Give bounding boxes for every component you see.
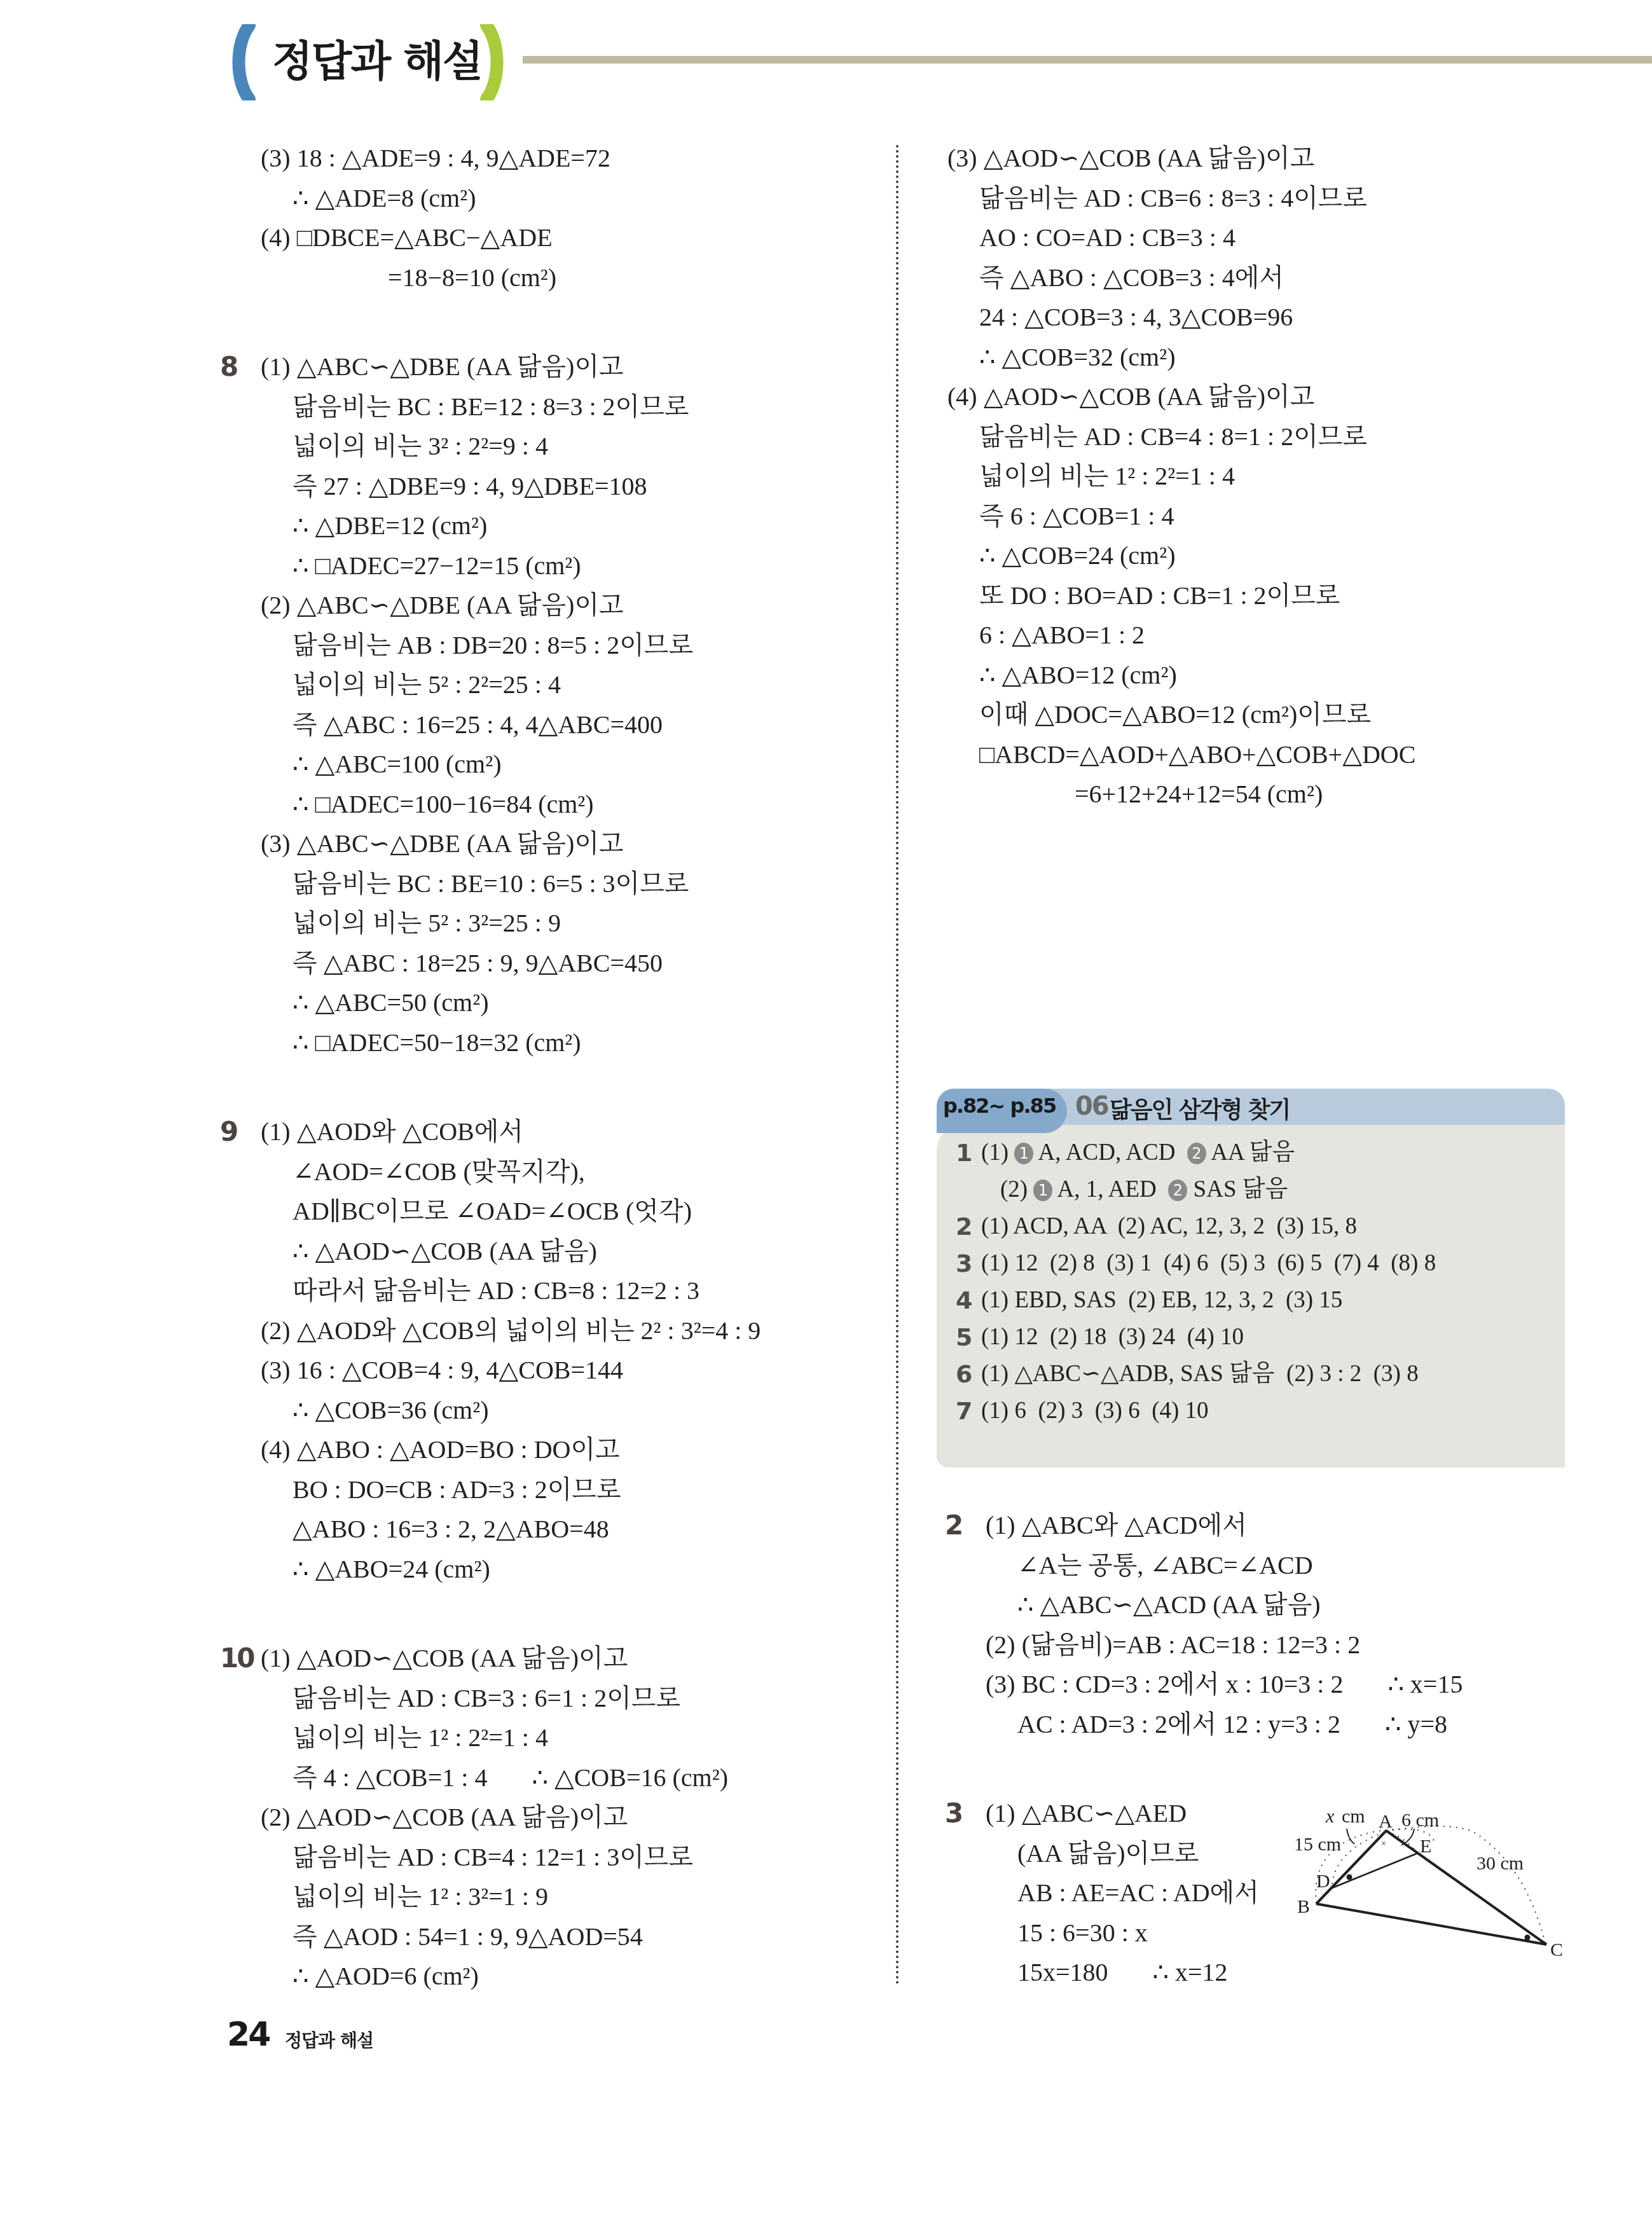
- line-text: (1) △AOD∽△COB (AA 닮음)이고: [261, 1644, 628, 1672]
- solution-line: ∴ □ADEC=27−12=15 (cm²): [223, 546, 878, 586]
- answer-item: 3(1) 12 (2) 8 (3) 1 (4) 6 (5) 3 (6) 5 (7…: [956, 1245, 1436, 1282]
- label-ab: 15 cm: [1294, 1834, 1341, 1855]
- solution-line: ∴ □ADEC=100−16=84 (cm²): [223, 785, 878, 825]
- answer-item: 1(1) 1 A, ACD, ACD 2 AA 닮음: [956, 1134, 1436, 1171]
- page-range-tag: p.82~ p.85: [937, 1089, 1067, 1133]
- answer-item: 4(1) EBD, SAS (2) EB, 12, 3, 2 (3) 15: [956, 1282, 1436, 1319]
- question-number: 9: [220, 1112, 237, 1152]
- line-text: AO : CO=AD : CB=3 : 4: [979, 223, 1236, 252]
- solution-line: 닮음비는 AD : CB=3 : 6=1 : 2이므로: [223, 1679, 878, 1719]
- question-line: 9(1) △AOD와 △COB에서: [223, 1112, 878, 1152]
- line-text: 즉 △ABO : △COB=3 : 4에서: [979, 263, 1284, 292]
- line-text: (2) (닮음비)=AB : AC=18 : 12=3 : 2: [986, 1630, 1360, 1659]
- solution-line: (2) △AOD∽△COB (AA 닮음)이고: [223, 1798, 878, 1838]
- line-text: 넓이의 비는 3² : 2²=9 : 4: [293, 432, 548, 460]
- question-number: 10: [220, 1639, 253, 1679]
- solution-line: (4) △ABO : △AOD=BO : DO이고: [223, 1430, 878, 1470]
- line-text: (2) △ABC∽△DBE (AA 닮음)이고: [261, 591, 624, 619]
- solution-line: ∠A는 공통, ∠ABC=∠ACD: [947, 1546, 1583, 1586]
- answer-text: A, ACD, ACD: [1033, 1139, 1187, 1166]
- solution-line: 즉 27 : △DBE=9 : 4, 9△DBE=108: [223, 467, 878, 507]
- solution-line: 즉 4 : △COB=1 : 4 ∴ △COB=16 (cm²): [223, 1758, 878, 1798]
- line-text: ∴ △DBE=12 (cm²): [293, 511, 487, 540]
- question-line: 10(1) △AOD∽△COB (AA 닮음)이고: [223, 1639, 878, 1679]
- solution-line: ∴ △DBE=12 (cm²): [223, 506, 878, 546]
- line-text: 넓이의 비는 5² : 2²=25 : 4: [293, 670, 561, 699]
- solution-line: 넓이의 비는 5² : 3²=25 : 9: [223, 904, 878, 944]
- left-bracket-icon: [230, 24, 256, 100]
- line-text: ∴ △AOD∽△COB (AA 닮음): [293, 1237, 597, 1265]
- answer-item: 7(1) 6 (2) 3 (3) 6 (4) 10: [956, 1393, 1436, 1429]
- line-text: ∴ □ADEC=27−12=15 (cm²): [293, 551, 581, 580]
- question-line: 2(1) △ABC와 △ACD에서: [947, 1506, 1583, 1546]
- solution-line: ∴ △COB=32 (cm²): [947, 338, 1583, 378]
- line-text: 닮음비는 AB : DB=20 : 8=5 : 2이므로: [293, 631, 693, 659]
- question-number: 3: [945, 1794, 961, 1834]
- line-text: 6 : △ABO=1 : 2: [979, 621, 1145, 649]
- line-text: (4) △AOD∽△COB (AA 닮음)이고: [947, 382, 1314, 411]
- answer-text: AA 닮음: [1206, 1139, 1295, 1166]
- answer-text: (1) 6 (2) 3 (3) 6 (4) 10: [981, 1398, 1209, 1424]
- solution-line: ∴ □ADEC=50−18=32 (cm²): [223, 1023, 878, 1063]
- line-text: 따라서 닮음비는 AD : CB=8 : 12=2 : 3: [293, 1276, 699, 1305]
- line-text: (2) △AOD와 △COB의 넓이의 비는 2² : 3²=4 : 9: [261, 1316, 761, 1345]
- line-text: □ABCD=△AOD+△ABO+△COB+△DOC: [979, 740, 1415, 769]
- spacer: [223, 298, 878, 347]
- solution-line: (2) (닮음비)=AB : AC=18 : 12=3 : 2: [947, 1625, 1583, 1665]
- line-text: ∴ △ABO=12 (cm²): [979, 661, 1177, 689]
- solution-line: 즉 △AOD : 54=1 : 9, 9△AOD=54: [223, 1917, 878, 1957]
- line-text: ∴ △ABC=100 (cm²): [293, 750, 502, 778]
- solution-line: (4) □DBCE=△ABC−△ADE: [223, 218, 878, 258]
- solution-line: (3) BC : CD=3 : 2에서 x : 10=3 : 2 ∴ x=15: [947, 1665, 1583, 1705]
- circled-number-icon: 2: [1187, 1143, 1206, 1164]
- solution-line: 즉 △ABC : 16=25 : 4, 4△ABC=400: [223, 705, 878, 745]
- line-text: 이때 △DOC=△ABO=12 (cm²)이므로: [979, 700, 1371, 729]
- solution-line: 즉 6 : △COB=1 : 4: [947, 497, 1583, 537]
- answer-text: (1): [981, 1139, 1014, 1166]
- solution-line: AD∥BC이므로 ∠OAD=∠OCB (엇각): [223, 1192, 878, 1232]
- answer-item: 6(1) △ABC∽△ADB, SAS 닮음 (2) 3 : 2 (3) 8: [956, 1356, 1436, 1393]
- spacer: [223, 1063, 878, 1112]
- solution-line: =18−8=10 (cm²): [223, 258, 878, 298]
- line-text: AC : AD=3 : 2에서 12 : y=3 : 2 ∴ y=8: [1017, 1710, 1447, 1738]
- solution-line: 넓이의 비는 3² : 2²=9 : 4: [223, 427, 878, 467]
- solution-line: 닮음비는 BC : BE=10 : 6=5 : 3이므로: [223, 864, 878, 904]
- answer-text: (1) 12 (2) 8 (3) 1 (4) 6 (5) 3 (6) 5 (7)…: [981, 1250, 1436, 1276]
- line-text: (3) △ABC∽△DBE (AA 닮음)이고: [261, 829, 624, 858]
- answer-number: 3: [956, 1245, 972, 1282]
- solution-line: (3) △ABC∽△DBE (AA 닮음)이고: [223, 824, 878, 864]
- line-text: AD∥BC이므로 ∠OAD=∠OCB (엇각): [293, 1197, 692, 1225]
- line-text: ∴ □ADEC=50−18=32 (cm²): [293, 1028, 581, 1057]
- solution-line: ∴ △ABC=50 (cm²): [223, 983, 878, 1023]
- solution-line: □ABCD=△AOD+△ABO+△COB+△DOC: [947, 735, 1583, 775]
- solution-line: ∴ △ADE=8 (cm²): [223, 179, 878, 219]
- line-text: 즉 △ABC : 16=25 : 4, 4△ABC=400: [293, 710, 663, 739]
- solution-line: 이때 △DOC=△ABO=12 (cm²)이므로: [947, 695, 1583, 735]
- line-text: 닮음비는 AD : CB=3 : 6=1 : 2이므로: [293, 1684, 680, 1712]
- line-text: =18−8=10 (cm²): [388, 263, 556, 292]
- answer-list: 1(1) 1 A, ACD, ACD 2 AA 닮음(2) 1 A, 1, AE…: [956, 1134, 1436, 1429]
- answer-number: 7: [956, 1393, 972, 1429]
- circled-number-icon: 1: [1014, 1143, 1033, 1164]
- right-bracket-icon: [480, 24, 506, 100]
- line-text: △ABO : 16=3 : 2, 2△ABO=48: [293, 1515, 609, 1543]
- line-text: ∴ □ADEC=100−16=84 (cm²): [293, 790, 594, 818]
- answer-text: (1) 12 (2) 18 (3) 24 (4) 10: [981, 1324, 1244, 1350]
- line-text: 즉 △ABC : 18=25 : 9, 9△ABC=450: [293, 949, 663, 977]
- solution-line: ∴ △AOD=6 (cm²): [223, 1957, 878, 1997]
- line-text: (1) △ABC∽△AED: [986, 1799, 1187, 1827]
- solution-line: 넓이의 비는 5² : 2²=25 : 4: [223, 665, 878, 705]
- line-text: (2) △AOD∽△COB (AA 닮음)이고: [261, 1803, 628, 1831]
- triangle-diagram: × x cm A 6 cm 15 cm E 30 cm D B C: [1272, 1768, 1590, 1978]
- solution-line: ∴ △COB=36 (cm²): [223, 1391, 878, 1431]
- answer-text: A, 1, AED: [1052, 1176, 1168, 1202]
- line-text: ∴ △COB=24 (cm²): [979, 541, 1176, 570]
- solution-line: 넓이의 비는 1² : 2²=1 : 4: [947, 457, 1583, 497]
- svg-text:×: ×: [1381, 1840, 1386, 1849]
- solution-line: ∴ △AOD∽△COB (AA 닮음): [223, 1232, 878, 1272]
- answer-text: (2): [1000, 1176, 1033, 1202]
- answer-text: (1) ACD, AA (2) AC, 12, 3, 2 (3) 15, 8: [981, 1213, 1357, 1239]
- solution-line: AC : AD=3 : 2에서 12 : y=3 : 2 ∴ y=8: [947, 1705, 1583, 1745]
- label-ae: 6 cm: [1401, 1810, 1439, 1831]
- line-text: 즉 4 : △COB=1 : 4 ∴ △COB=16 (cm²): [293, 1763, 728, 1792]
- line-text: 닮음비는 BC : BE=12 : 8=3 : 2이므로: [293, 392, 689, 421]
- solution-line: 따라서 닮음비는 AD : CB=8 : 12=2 : 3: [223, 1271, 878, 1311]
- solution-line: 넓이의 비는 1² : 3²=1 : 9: [223, 1877, 878, 1917]
- solution-line: AO : CO=AD : CB=3 : 4: [947, 218, 1583, 258]
- answer-number: 2: [956, 1208, 972, 1245]
- solution-line: BO : DO=CB : AD=3 : 2이므로: [223, 1470, 878, 1510]
- line-text: ∴ △COB=36 (cm²): [293, 1396, 489, 1424]
- line-text: 닮음비는 AD : CB=4 : 8=1 : 2이므로: [979, 422, 1367, 451]
- page-number: 24: [227, 2016, 269, 2054]
- question-number: 2: [945, 1506, 961, 1546]
- solution-line: (2) △AOD와 △COB의 넓이의 비는 2² : 3²=4 : 9: [223, 1311, 878, 1351]
- line-text: (3) 16 : △COB=4 : 9, 4△COB=144: [261, 1356, 623, 1384]
- line-text: ∴ △COB=32 (cm²): [979, 343, 1176, 371]
- question-number: 8: [220, 347, 237, 387]
- page-range: p.82~ p.85: [943, 1094, 1056, 1118]
- answer-number: 5: [956, 1319, 972, 1356]
- solution-line: ∴ △ABC∽△ACD (AA 닮음): [947, 1585, 1583, 1625]
- solution-line: (2) △ABC∽△DBE (AA 닮음)이고: [223, 586, 878, 626]
- line-text: 24 : △COB=3 : 4, 3△COB=96: [979, 303, 1293, 331]
- line-text: 15 : 6=30 : x: [1017, 1918, 1148, 1947]
- line-text: ∴ △ABC=50 (cm²): [293, 988, 489, 1017]
- section-number: 06: [1075, 1092, 1108, 1121]
- spacer: [223, 1589, 878, 1639]
- line-text: (1) △ABC와 △ACD에서: [986, 1511, 1247, 1539]
- line-text: ∴ △AOD=6 (cm²): [293, 1962, 479, 1990]
- line-text: 닮음비는 AD : CB=6 : 8=3 : 4이므로: [979, 184, 1367, 212]
- line-text: BO : DO=CB : AD=3 : 2이므로: [293, 1475, 621, 1504]
- point-d: D: [1316, 1871, 1330, 1892]
- line-text: AB : AE=AC : AD에서: [1017, 1878, 1259, 1907]
- line-text: ∠AOD=∠COB (맞꼭지각),: [293, 1157, 585, 1186]
- line-text: 닮음비는 AD : CB=4 : 12=1 : 3이므로: [293, 1843, 693, 1871]
- page-header: 정답과 해설: [223, 24, 1652, 107]
- circled-number-icon: 2: [1168, 1180, 1187, 1201]
- solution-line: 또 DO : BO=AD : CB=1 : 2이므로: [947, 576, 1583, 616]
- header-rule: [523, 56, 1652, 64]
- point-a: A: [1379, 1811, 1393, 1832]
- line-text: 넓이의 비는 1² : 3²=1 : 9: [293, 1882, 548, 1911]
- answer-box: p.82~ p.85 06 닮음인 삼각형 찾기 1(1) 1 A, ACD, …: [937, 1089, 1565, 1468]
- answer-number: 1: [956, 1134, 972, 1171]
- solution-line: 닮음비는 BC : BE=12 : 8=3 : 2이므로: [223, 387, 878, 427]
- line-text: 넓이의 비는 1² : 2²=1 : 4: [979, 462, 1235, 490]
- solution-line: 넓이의 비는 1² : 2²=1 : 4: [223, 1718, 878, 1758]
- line-text: 즉 △AOD : 54=1 : 9, 9△AOD=54: [293, 1922, 643, 1951]
- line-text: (4) △ABO : △AOD=BO : DO이고: [261, 1435, 620, 1464]
- header-title: 정답과 해설: [272, 33, 482, 90]
- point-b: B: [1297, 1896, 1310, 1917]
- line-text: (3) 18 : △ADE=9 : 4, 9△ADE=72: [261, 144, 610, 172]
- solution-line: ∴ △COB=24 (cm²): [947, 536, 1583, 576]
- solution-line: ∠AOD=∠COB (맞꼭지각),: [223, 1152, 878, 1192]
- solution-line: (3) 16 : △COB=4 : 9, 4△COB=144: [223, 1351, 878, 1391]
- answer-item: 2(1) ACD, AA (2) AC, 12, 3, 2 (3) 15, 8: [956, 1208, 1436, 1245]
- circled-number-icon: 1: [1033, 1180, 1052, 1201]
- line-text: (1) △AOD와 △COB에서: [261, 1117, 523, 1146]
- line-text: 15x=180 ∴ x=12: [1017, 1958, 1228, 1986]
- line-text: ∴ △ABO=24 (cm²): [293, 1555, 490, 1583]
- solution-line: 즉 △ABO : △COB=3 : 4에서: [947, 258, 1583, 298]
- line-text: 또 DO : BO=AD : CB=1 : 2이므로: [979, 581, 1340, 610]
- answer-text: SAS 닮음: [1187, 1176, 1288, 1202]
- answer-item: (2) 1 A, 1, AED 2 SAS 닮음: [956, 1171, 1436, 1208]
- column-divider: [896, 145, 898, 1986]
- solution-line: (3) 18 : △ADE=9 : 4, 9△ADE=72: [223, 139, 878, 179]
- line-text: 넓이의 비는 1² : 2²=1 : 4: [293, 1723, 548, 1752]
- solution-line: 닮음비는 AB : DB=20 : 8=5 : 2이므로: [223, 626, 878, 666]
- solution-line: =6+12+24+12=54 (cm²): [947, 774, 1583, 815]
- label-x: x: [1325, 1806, 1335, 1827]
- line-text: ∴ △ABC∽△ACD (AA 닮음): [1017, 1590, 1321, 1619]
- line-text: 넓이의 비는 5² : 3²=25 : 9: [293, 909, 561, 937]
- point-e: E: [1420, 1836, 1431, 1857]
- label-x-unit: cm: [1342, 1806, 1365, 1827]
- solution-line: 즉 △ABC : 18=25 : 9, 9△ABC=450: [223, 944, 878, 984]
- line-text: 즉 27 : △DBE=9 : 4, 9△DBE=108: [293, 472, 647, 500]
- answer-text: (1) △ABC∽△ADB, SAS 닮음 (2) 3 : 2 (3) 8: [981, 1361, 1419, 1387]
- line-text: (1) △ABC∽△DBE (AA 닮음)이고: [261, 352, 624, 381]
- line-text: ∠A는 공통, ∠ABC=∠ACD: [1017, 1551, 1313, 1580]
- solution-line: △ABO : 16=3 : 2, 2△ABO=48: [223, 1510, 878, 1550]
- line-text: ∴ △ADE=8 (cm²): [293, 184, 476, 212]
- label-ac: 30 cm: [1476, 1853, 1524, 1874]
- solution-line: (4) △AOD∽△COB (AA 닮음)이고: [947, 377, 1583, 417]
- line-text: (3) BC : CD=3 : 2에서 x : 10=3 : 2 ∴ x=15: [986, 1670, 1463, 1698]
- solution-line: 닮음비는 AD : CB=4 : 8=1 : 2이므로: [947, 417, 1583, 457]
- solution-line: 닮음비는 AD : CB=4 : 12=1 : 3이므로: [223, 1838, 878, 1878]
- line-text: 닮음비는 BC : BE=10 : 6=5 : 3이므로: [293, 869, 689, 898]
- question-line: 8(1) △ABC∽△DBE (AA 닮음)이고: [223, 347, 878, 387]
- solution-line: ∴ △ABO=12 (cm²): [947, 656, 1583, 696]
- solution-line: (3) △AOD∽△COB (AA 닮음)이고: [947, 139, 1583, 179]
- point-c: C: [1550, 1939, 1563, 1960]
- answer-number: 4: [956, 1282, 972, 1319]
- answer-item: 5(1) 12 (2) 18 (3) 24 (4) 10: [956, 1319, 1436, 1356]
- right-column: (3) △AOD∽△COB (AA 닮음)이고닮음비는 AD : CB=6 : …: [947, 139, 1583, 815]
- left-column: (3) 18 : △ADE=9 : 4, 9△ADE=72∴ △ADE=8 (c…: [223, 139, 878, 1997]
- line-text: 즉 6 : △COB=1 : 4: [979, 502, 1174, 530]
- line-text: (3) △AOD∽△COB (AA 닮음)이고: [947, 144, 1314, 172]
- solution-line: ∴ △ABO=24 (cm²): [223, 1550, 878, 1590]
- answer-text: (1) EBD, SAS (2) EB, 12, 3, 2 (3) 15: [981, 1287, 1342, 1313]
- line-text: (4) □DBCE=△ABC−△ADE: [261, 223, 553, 252]
- footer-title: 정답과 해설: [285, 2027, 373, 2053]
- line-text: (AA 닮음)이므로: [1017, 1839, 1199, 1868]
- solution-line: 닮음비는 AD : CB=6 : 8=3 : 4이므로: [947, 179, 1583, 219]
- solution-line: 24 : △COB=3 : 4, 3△COB=96: [947, 298, 1583, 338]
- solution-line: 6 : △ABO=1 : 2: [947, 616, 1583, 656]
- section-title: 닮음인 삼각형 찾기: [1110, 1092, 1290, 1125]
- answer-number: 6: [956, 1356, 972, 1393]
- solution-line: ∴ △ABC=100 (cm²): [223, 745, 878, 785]
- line-text: =6+12+24+12=54 (cm²): [1075, 780, 1323, 808]
